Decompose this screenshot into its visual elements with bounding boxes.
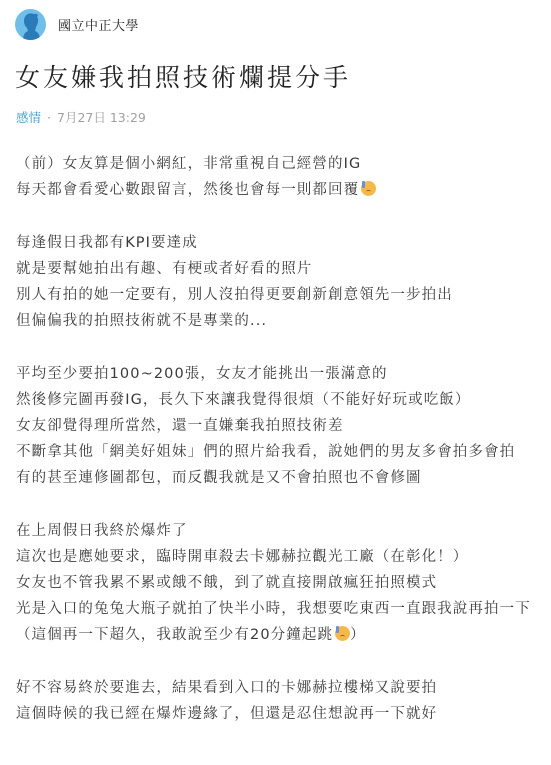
paragraph: 每逢假日我都有KPI要達成 就是要幫她拍出有趣、有梗或者好看的照片 別人有拍的她… — [16, 230, 546, 335]
body-line: 這個時候的我已經在爆炸邊緣了，但還是忍住想說再一下就好 — [16, 701, 546, 727]
paragraph: 好不容易終於要進去，結果看到入口的卡娜赫拉樓梯又說要拍 這個時候的我已經在爆炸邊… — [16, 675, 546, 727]
body-line: 每天都會看愛心數跟留言，然後也會每一則都回覆 — [16, 177, 546, 203]
body-line: （前）女友算是個小網紅，非常重視自己經營的IG — [16, 151, 546, 177]
post-date: 7月27日 13:29 — [57, 110, 146, 125]
body-line: 但偏偏我的拍照技術就不是專業的... — [16, 308, 546, 334]
paragraph: 在上周假日我終於爆炸了 這次也是應她要求，臨時開車殺去卡娜赫拉觀光工廠（在彰化！… — [16, 518, 546, 649]
author-school-name[interactable]: 國立中正大學 — [58, 15, 139, 34]
body-line: 這次也是應她要求，臨時開車殺去卡娜赫拉觀光工廠（在彰化！） — [16, 544, 546, 570]
body-line: 有的甚至連修圖都包，而反觀我就是又不會拍照也不會修圖 — [16, 465, 546, 491]
body-line: 不斷拿其他「網美好姐妹」們的照片給我看，說她們的男友多會拍多會拍 — [16, 439, 546, 465]
body-line: 女友卻覺得理所當然，還一直嫌棄我拍照技術差 — [16, 413, 546, 439]
paragraph: 平均至少要拍100~200張，女友才能挑出一張滿意的 然後修完圖再發IG，長久下… — [16, 361, 546, 492]
body-line: 平均至少要拍100~200張，女友才能挑出一張滿意的 — [16, 361, 546, 387]
body-line: 女友也不管我累不累或餓不餓，到了就直接開啟瘋狂拍照模式 — [16, 570, 546, 596]
body-line: 每逢假日我都有KPI要達成 — [16, 230, 546, 256]
post-author-header: 國立中正大學 — [15, 8, 139, 40]
meta-separator: · — [47, 110, 51, 125]
body-line: 光是入口的兔兔大瓶子就拍了快半小時，我想要吃東西一直跟我說再拍一下 — [16, 596, 546, 622]
body-line: 就是要幫她拍出有趣、有梗或者好看的照片 — [16, 256, 546, 282]
post-meta: 感情·7月27日 13:29 — [16, 108, 146, 126]
body-line: 在上周假日我終於爆炸了 — [16, 518, 546, 544]
body-line: 好不容易終於要進去，結果看到入口的卡娜赫拉樓梯又說要拍 — [16, 675, 546, 701]
body-line: （這個再一下超久，我敢說至少有20分鐘起跳） — [16, 622, 546, 648]
post-body: （前）女友算是個小網紅，非常重視自己經營的IG 每天都會看愛心數跟留言，然後也會… — [16, 151, 546, 727]
post-title: 女友嫌我拍照技術爛提分手 — [15, 58, 351, 94]
paragraph: （前）女友算是個小網紅，非常重視自己經營的IG 每天都會看愛心數跟留言，然後也會… — [16, 151, 546, 203]
user-avatar-icon[interactable] — [15, 9, 46, 40]
sad-sweat-emoji-icon — [335, 626, 350, 641]
body-line: 然後修完圖再發IG，長久下來讓我覺得很煩（不能好好玩或吃飯） — [16, 387, 546, 413]
body-line: 別人有拍的她一定要有，別人沒拍得更要創新創意領先一步拍出 — [16, 282, 546, 308]
category-link[interactable]: 感情 — [16, 110, 41, 125]
sad-sweat-emoji-icon — [361, 181, 376, 196]
